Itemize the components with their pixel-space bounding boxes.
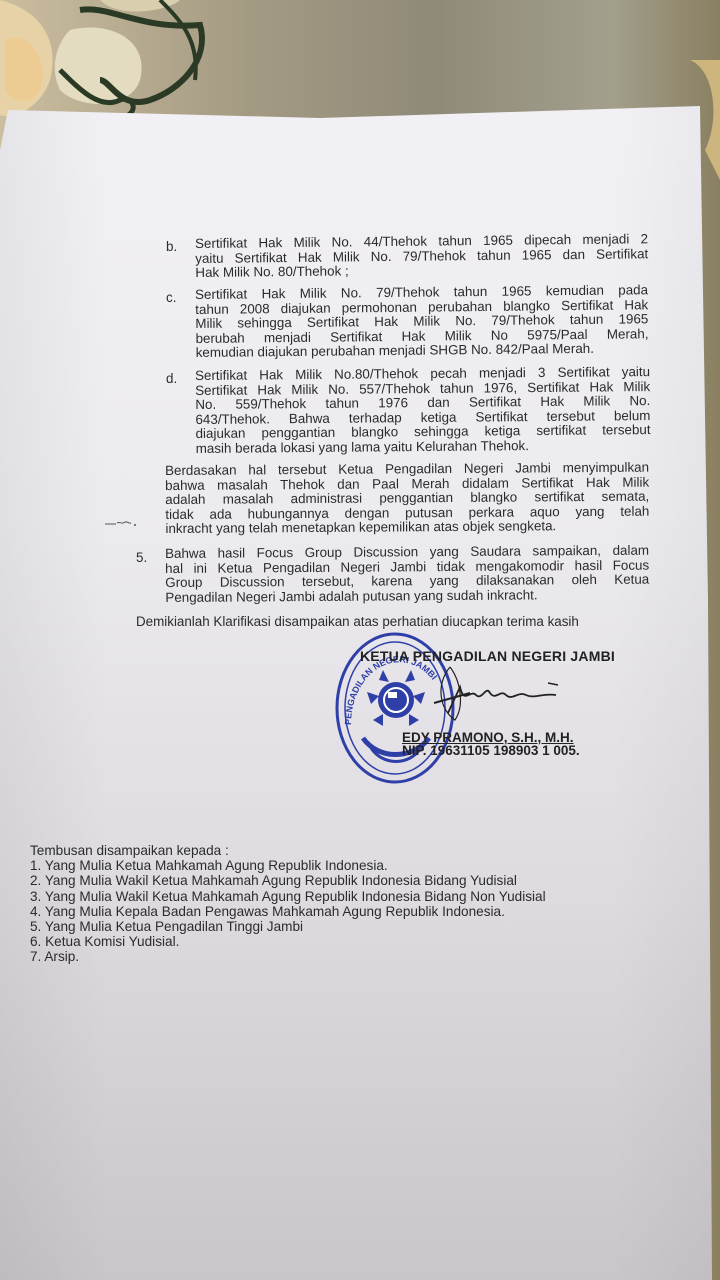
closing-line: Demikianlah Klarifikasi disampaikan atas… [136, 615, 579, 630]
cc-recipient: 5. Yang Mulia Ketua Pengadilan Tinggi Ja… [30, 919, 546, 934]
item-marker-c: c. [166, 290, 176, 305]
handwritten-signature [430, 665, 570, 725]
conclusion-paragraph: Berdasakan hal tersebut Ketua Pengadilan… [165, 461, 649, 537]
item-marker-b: b. [166, 239, 177, 254]
cc-recipient: 4. Yang Mulia Kepala Badan Pengawas Mahk… [30, 904, 546, 919]
signatory-nip: NIP. 19631105 198903 1 005. [402, 743, 580, 758]
item-marker-d: d. [166, 371, 177, 386]
cc-section: Tembusan disampaikan kepada : 1. Yang Mu… [30, 843, 546, 965]
signatory-title: KETUA PENGADILAN NEGERI JAMBI [360, 648, 615, 664]
cc-recipient: 3. Yang Mulia Wakil Ketua Mahkamah Agung… [30, 889, 546, 904]
item-d-text: Sertifikat Hak Milik No.80/Thehok pecah … [195, 365, 651, 457]
cc-heading: Tembusan disampaikan kepada : [30, 843, 546, 858]
item-c-text: Sertifikat Hak Milik No. 79/Thehok tahun… [195, 283, 649, 361]
item-b-text: Sertifikat Hak Milik No. 44/Thehok tahun… [195, 232, 648, 281]
pen-mark [104, 519, 138, 527]
cc-recipient: 1. Yang Mulia Ketua Mahkamah Agung Repub… [30, 858, 546, 873]
cc-recipient: 7. Arsip. [30, 949, 546, 964]
cc-recipient: 6. Ketua Komisi Yudisial. [30, 934, 546, 949]
point-5-marker: 5. [136, 550, 147, 565]
point-5-text: Bahwa hasil Focus Group Discussion yang … [165, 544, 649, 606]
cc-recipient: 2. Yang Mulia Wakil Ketua Mahkamah Agung… [30, 873, 546, 888]
